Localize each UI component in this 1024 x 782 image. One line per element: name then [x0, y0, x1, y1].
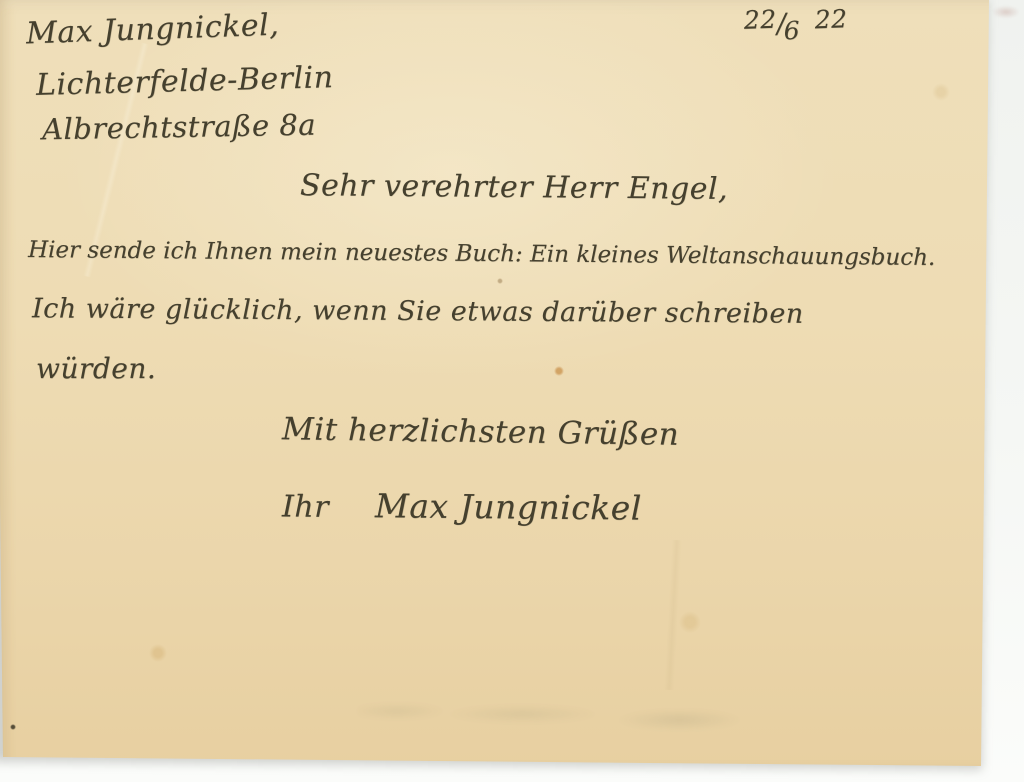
- ink-bleed-through: [358, 688, 750, 746]
- paper-crease: [664, 540, 682, 690]
- signature-name: Max Jungnickel: [375, 486, 642, 527]
- body-line-2: Ich wäre glücklich, wenn Sie etwas darüb…: [32, 293, 804, 329]
- sender-address-line2: Albrechtstraße 8a: [42, 108, 317, 147]
- salutation: Sehr verehrter Herr Engel,: [300, 168, 728, 207]
- letter-paper: Max Jungnickel, Lichterfelde-Berlin Albr…: [0, 0, 1024, 782]
- signature-line: IhrMax Jungnickel: [282, 485, 642, 527]
- body-line-1: Hier sende ich Ihnen mein neuestes Buch:…: [28, 237, 935, 271]
- body-line-3: würden.: [36, 352, 156, 385]
- date-day: 22: [743, 5, 777, 35]
- scan-smudge: [993, 6, 1019, 18]
- date-month: 6: [783, 16, 800, 46]
- signature-prefix: Ihr: [282, 489, 329, 524]
- closing: Mit herzlichsten Grüßen: [282, 411, 680, 453]
- scanned-letter: Max Jungnickel, Lichterfelde-Berlin Albr…: [0, 0, 1024, 782]
- sender-name: Max Jungnickel,: [25, 8, 279, 52]
- date-year: 22: [814, 4, 848, 34]
- sender-address-line1: Lichterfelde-Berlin: [36, 60, 334, 103]
- letter-date: 22/622: [743, 6, 848, 41]
